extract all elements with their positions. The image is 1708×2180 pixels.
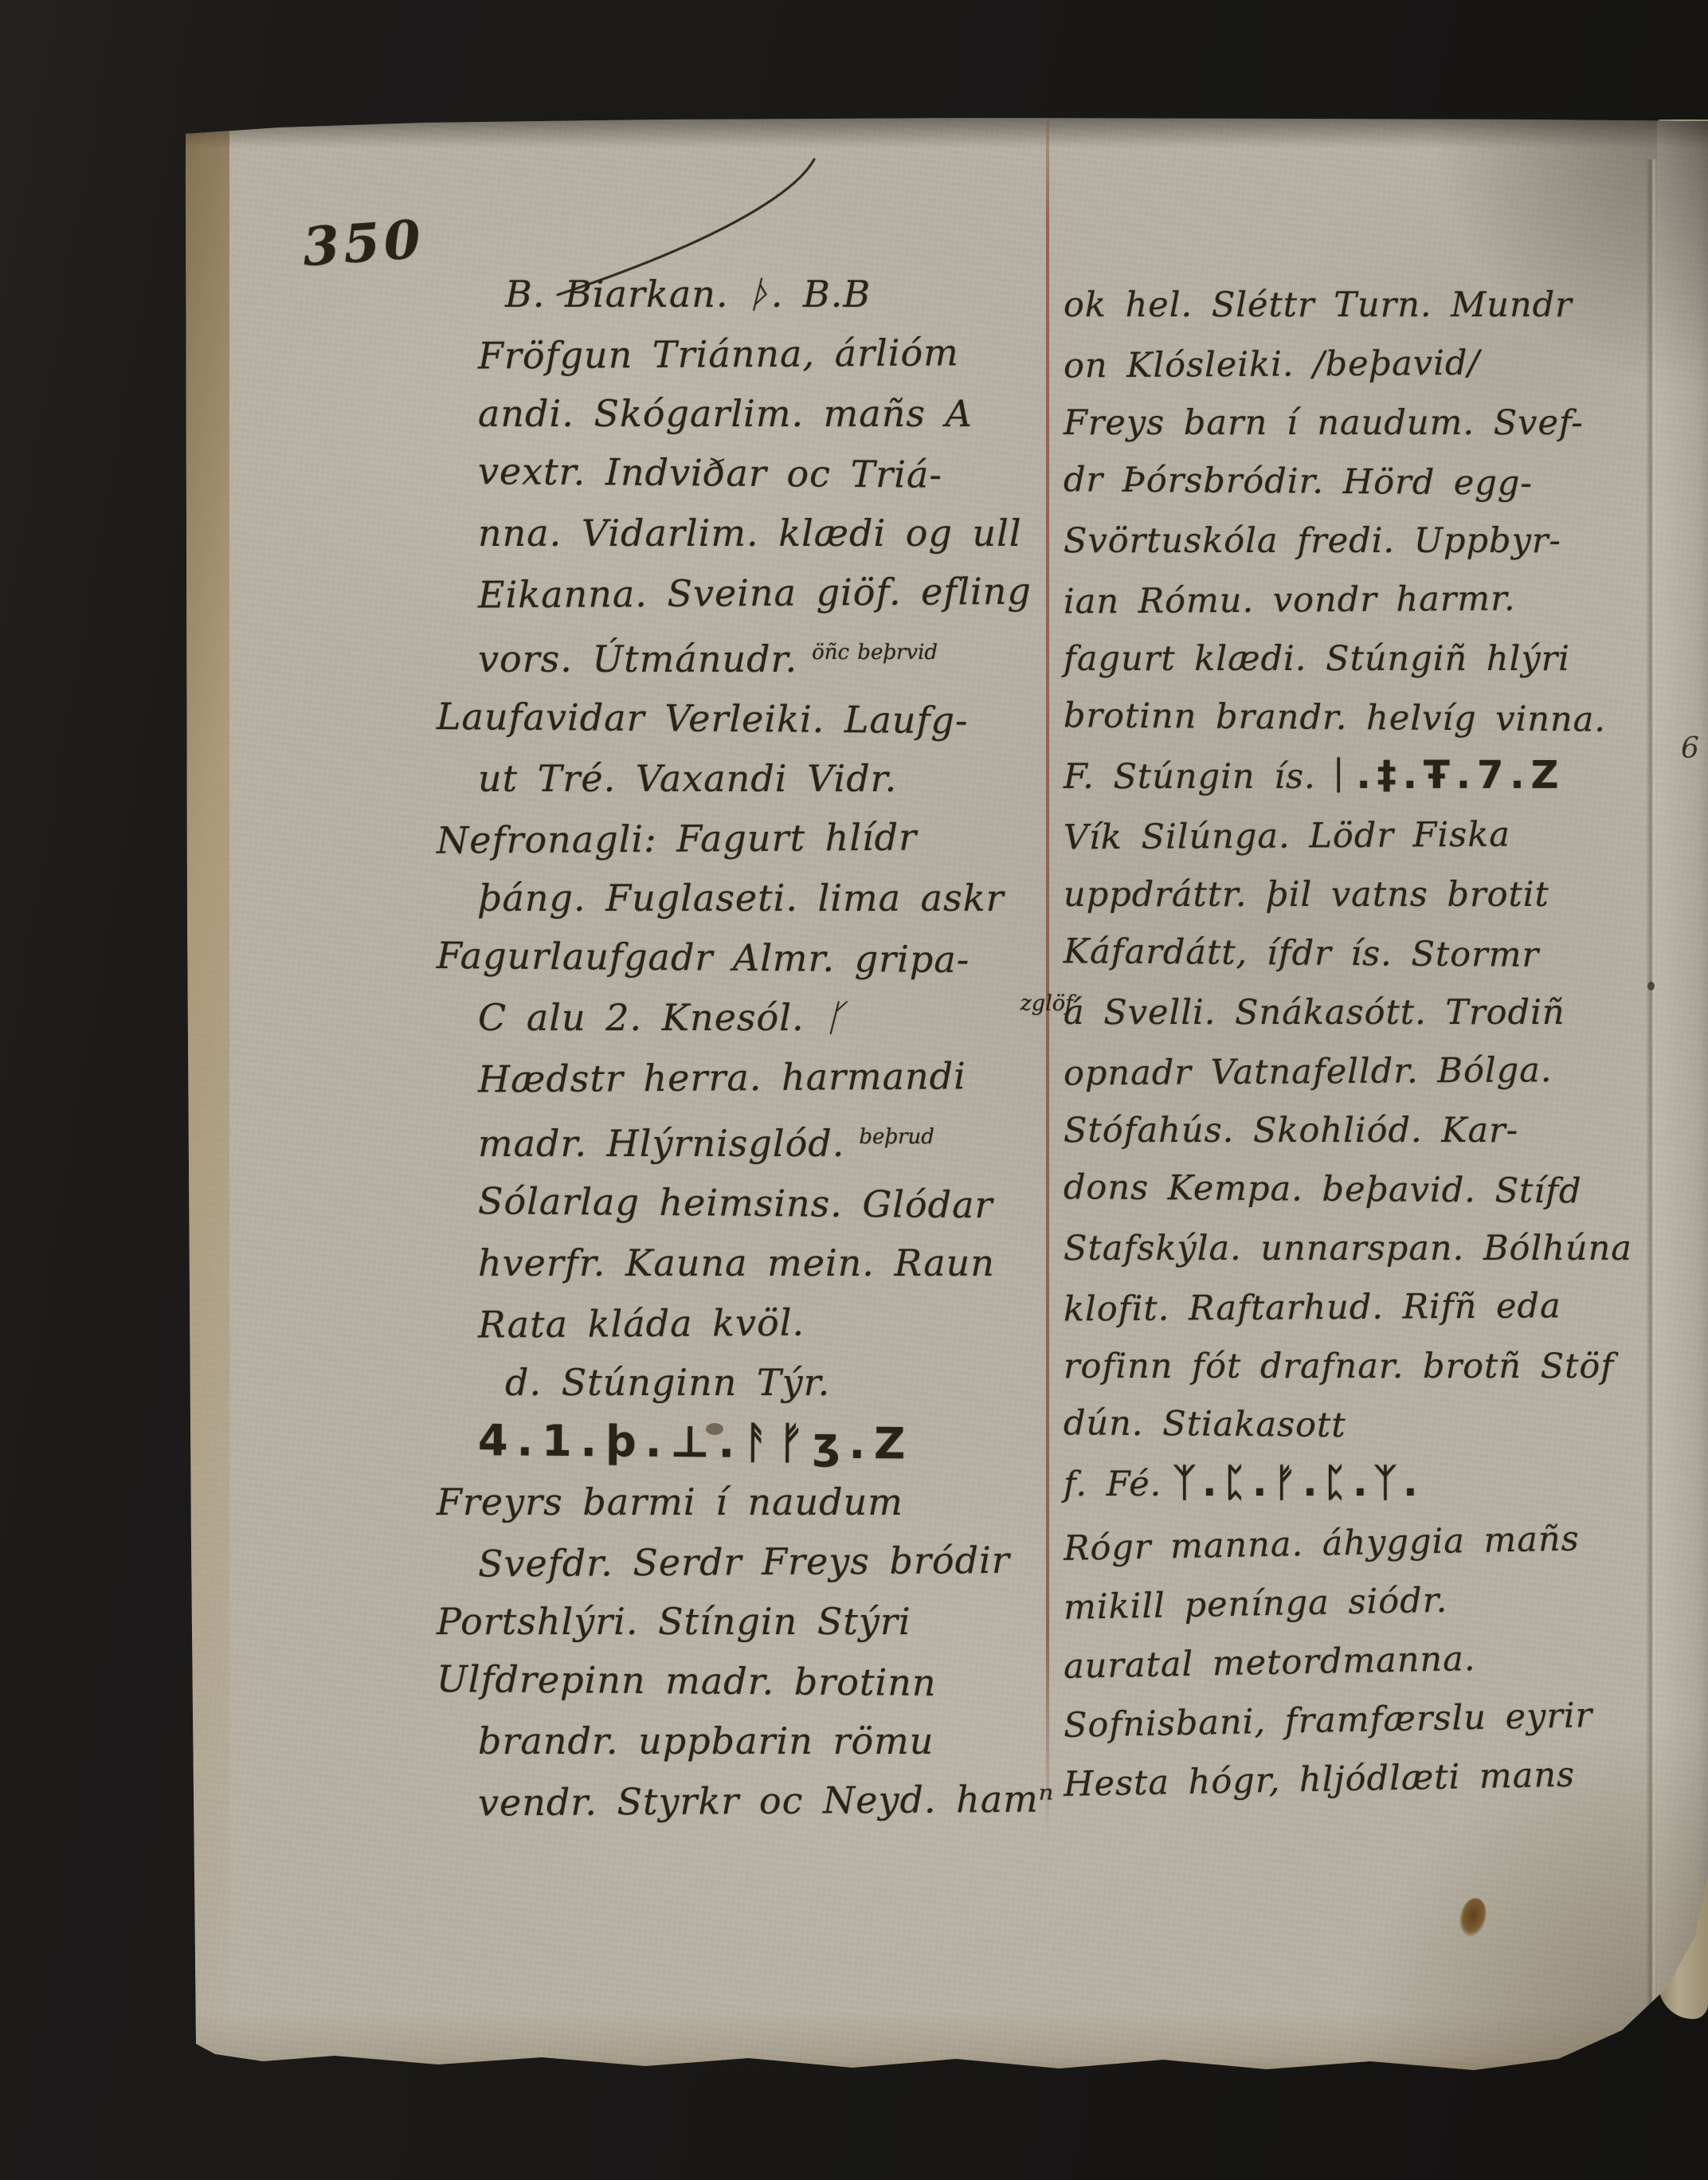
manuscript-line: Sólarlag heimsins. Glódar <box>478 1171 1055 1236</box>
manuscript-line: Stófahús. Skohliód. Kar- <box>1064 1101 1632 1160</box>
manuscript-line: dún. Stiakasott <box>1064 1394 1632 1457</box>
manuscript-line: Hædstr herra. harmandi <box>478 1045 1055 1109</box>
manuscript-line: hverfr. Kauna mein. Raun <box>478 1233 1054 1293</box>
manuscript-line: Nefronagli: Fagurt hlídr <box>437 806 1055 870</box>
manuscript-line: madr. Hlýrnisglód.beþrud <box>478 1108 1054 1174</box>
manuscript-line: Laufavidar Verleiki. Laufg- <box>437 687 1055 751</box>
page-number: 350 <box>301 213 426 273</box>
manuscript-line: ok hel. Sléttr Turn. Mundr <box>1064 276 1632 335</box>
manuscript-line: Freys barn í naudum. Svef- <box>1064 394 1632 453</box>
manuscript-line: dons Kempa. beþavid. Stífd <box>1064 1158 1632 1221</box>
interlinear-gloss: beþrud <box>859 1125 934 1149</box>
manuscript-line: vendr. Styrkr oc Neyd. hamⁿ <box>478 1769 1055 1833</box>
manuscript-line: dr Þórsbródir. Hörd egg- <box>1064 450 1632 514</box>
manuscript-line: vors. Útmánudr.öñc beþrvid <box>478 623 1054 689</box>
manuscript-line: Ulfdrepinn madr. brotinn <box>437 1649 1055 1714</box>
line-text: madr. Hlýrnisglód. <box>478 1122 844 1165</box>
interlinear-gloss: öñc beþrvid <box>812 641 938 665</box>
manuscript-line: fagurt klædi. Stúngiñ hlýri <box>1064 629 1632 688</box>
line-text: Fagurlaufgadr Almr. gripa- <box>437 934 970 981</box>
page-crease <box>1646 159 1657 2024</box>
manuscript-line: nna. Vidarlim. klædi og ull <box>478 504 1054 563</box>
speck <box>1647 982 1655 990</box>
manuscript-line: Rata kláda kvöl. <box>478 1291 1055 1355</box>
manuscript-line: brotinn brandr. helvíg vinna. <box>1064 686 1632 750</box>
manuscript-line: Svefdr. Serdr Freys bródir <box>478 1530 1055 1594</box>
manuscript-line: andi. Skógarlim. mañs A <box>478 384 1054 444</box>
manuscript-line: klofit. Raftarhud. Rifñ eda <box>1064 1276 1632 1339</box>
rune-row: ᛁ.‡.Ŧ.7.Z <box>1327 753 1565 798</box>
manuscript-line: Fagurlaufgadr Almr. gripa-zglöf <box>437 926 1055 990</box>
manuscript-line: ut Tré. Vaxandi Vidr. <box>478 749 1054 809</box>
manuscript-line: Sofnisbani, framfærslu eyrir <box>1063 1685 1632 1755</box>
marginal-numeral: 6 <box>1681 735 1699 763</box>
manuscript-line: Portshlýri. Stíngin Stýri <box>437 1592 1054 1652</box>
manuscript-line: Fröfgun Triánna, árlióm <box>478 322 1055 386</box>
manuscript-line: f. Fé.ᛉ.ᛈ.ᚠ.ᛈ.ᛉ. <box>1064 1455 1632 1514</box>
manuscript-line: on Klósleiki. /beþavid/ <box>1064 333 1632 396</box>
page-left-edge-shading <box>183 112 229 2088</box>
manuscript-line: Káfardátt, ífdr ís. Stormr <box>1064 922 1632 986</box>
manuscript-page: 350 B. Biarkan. ᚦ. B.B Fröfgun Triánna, … <box>183 112 1708 2088</box>
page-margin-strip <box>1657 112 1708 2088</box>
rune-row: 4.1.þ.⊥.ᚨᚠʒ.Z <box>478 1410 1055 1475</box>
manuscript-line: opnadr Vatnafelldr. Bólga. <box>1064 1041 1632 1104</box>
manuscript-line: mikill penínga siódr. <box>1063 1567 1632 1637</box>
manuscript-line: á Svelli. Snákasótt. Trodiñ <box>1064 983 1632 1042</box>
manuscript-line: B. Biarkan. ᚦ. B.B <box>505 265 1054 324</box>
manuscript-line: Rógr manna. áhyggia mañs <box>1063 1508 1632 1578</box>
rune-row: ᛉ.ᛈ.ᚠ.ᛈ.ᛉ. <box>1173 1461 1424 1505</box>
line-text: f. Fé. <box>1064 1464 1162 1504</box>
line-text: F. Stúngin ís. <box>1064 757 1316 797</box>
manuscript-line: Eikanna. Sveina giöf. efling <box>478 561 1055 625</box>
manuscript-line: Hesta hógr, hljódlæti mans <box>1063 1744 1632 1814</box>
line-text: vors. Útmánudr. <box>478 637 797 680</box>
left-text-column: B. Biarkan. ᚦ. B.B Fröfgun Triánna, árli… <box>478 265 1054 1831</box>
manuscript-line: d. Stúnginn Týr. <box>505 1353 1054 1413</box>
manuscript-line: vextr. Indviðar oc Triá- <box>478 441 1055 506</box>
manuscript-line: brandr. uppbarin römu <box>478 1711 1054 1771</box>
manuscript-line: Vík Silúnga. Lödr Fiska <box>1064 805 1632 868</box>
manuscript-line: Stafskýla. unnarspan. Bólhúna <box>1064 1219 1632 1278</box>
photo-backdrop: 350 B. Biarkan. ᚦ. B.B Fröfgun Triánna, … <box>0 0 1708 2180</box>
manuscript-line: ian Rómu. vondr harmr. <box>1064 569 1632 632</box>
manuscript-line: C alu 2. Knesól. ᚴ <box>478 988 1054 1048</box>
manuscript-line: F. Stúngin ís.ᛁ.‡.Ŧ.7.Z <box>1064 747 1632 806</box>
manuscript-line: auratal metordmanna. <box>1063 1626 1632 1696</box>
manuscript-line: uppdráttr. þil vatns brotit <box>1064 865 1632 924</box>
manuscript-line: Freyrs barmi í naudum <box>437 1472 1054 1532</box>
manuscript-line: Svörtuskóla fredi. Uppbyr- <box>1064 512 1632 570</box>
ink-blot <box>706 1423 723 1435</box>
right-text-column: ok hel. Sléttr Turn. Mundr on Klósleiki.… <box>1064 276 1632 1809</box>
manuscript-line: rofinn fót drafnar. brotñ Stöf <box>1064 1337 1632 1396</box>
manuscript-line: þáng. Fuglaseti. lima askr <box>478 868 1054 928</box>
